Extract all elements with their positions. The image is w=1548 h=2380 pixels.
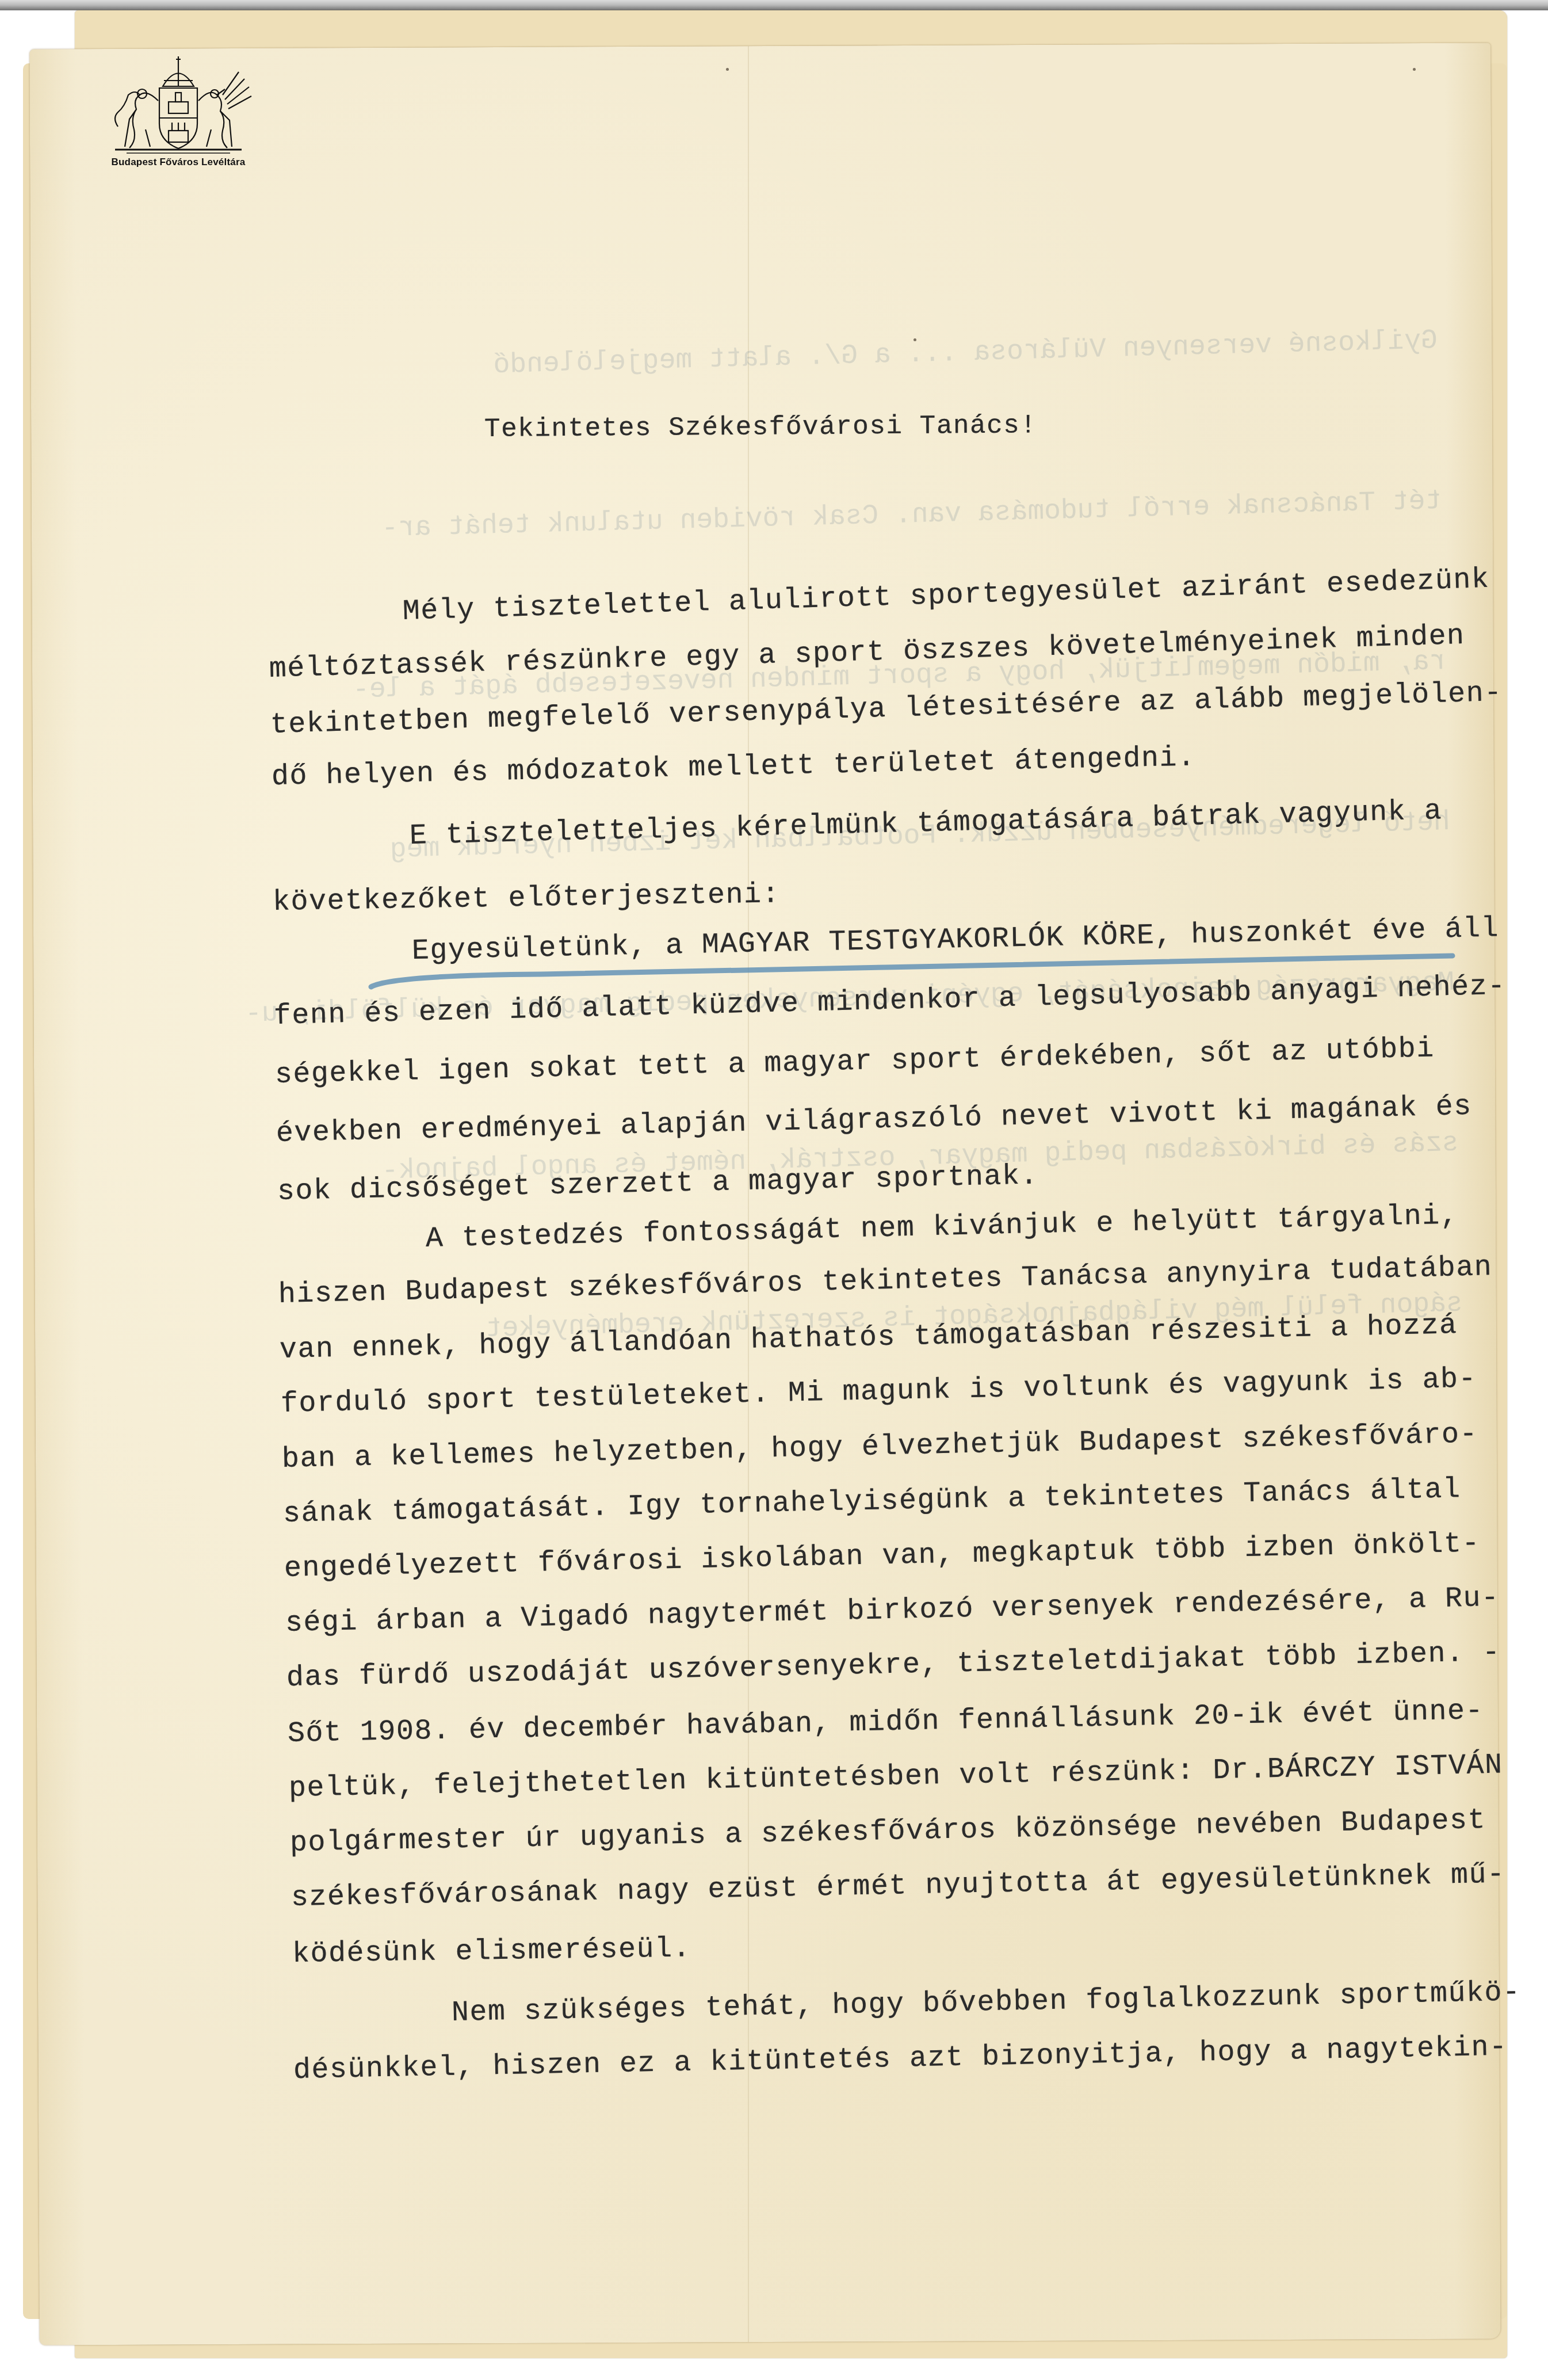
- letter-line: peltük, felejthetetlen kitüntetésben vol…: [288, 1749, 1503, 1805]
- letter-line: forduló sport testületeket. Mi magunk is…: [280, 1363, 1477, 1421]
- letter-line: polgármester úr ugyanis a székesfőváros …: [289, 1804, 1486, 1860]
- letter-line: van ennek, hogy állandóan hathatós támog…: [279, 1309, 1458, 1367]
- letter-line: következőket előterjeszteni:: [273, 878, 781, 919]
- letter-line: sának támogatását. Igy tornahelyiségünk …: [282, 1473, 1461, 1531]
- salutation: Tekintetes Székesfővárosi Tanács!: [484, 410, 1037, 444]
- letter-line: sok dicsőséget szerzett a magyar sportna…: [277, 1160, 1038, 1208]
- paper-speck: [913, 338, 916, 341]
- letter-line: ködésünk elismeréseül.: [292, 1932, 691, 1971]
- letter-line: székesfővárosának nagy ezüst érmét nyujt…: [291, 1858, 1505, 1914]
- letter-line: Nem szükséges tehát, hogy bővebben fogla…: [451, 1976, 1521, 2030]
- letter-line: A testedzés fontosságát nem kivánjuk e h…: [425, 1199, 1459, 1256]
- letter-line: tekintetben megfelelő versenypálya létes…: [270, 677, 1503, 742]
- letter-body: Tekintetes Székesfővárosi Tanács! Mély t…: [0, 0, 1548, 2380]
- letter-line: méltóztassék részünkre egy a sport öszsz…: [269, 620, 1465, 686]
- letter-line: években eredményei alapján világraszóló …: [276, 1090, 1472, 1150]
- letter-line: dő helyen és módozatok mellett területet…: [271, 741, 1196, 794]
- letter-line: engedélyezett fővárosi iskolában van, me…: [284, 1527, 1480, 1585]
- letter-line: E tiszteletteljes kérelmünk támogatására…: [409, 795, 1443, 853]
- letter-line: Mély tisztelettel alulirott sportegyesül…: [402, 563, 1490, 628]
- letter-line: ban a kellemes helyzetben, hogy élvezhet…: [281, 1418, 1478, 1476]
- letter-line: ségi árban a Vigadó nagytermét birkozó v…: [285, 1582, 1500, 1640]
- letter-line: ségekkel igen sokat tett a magyar sport …: [274, 1032, 1435, 1092]
- letter-line: Sőt 1908. év decembér havában, midőn fen…: [287, 1695, 1484, 1750]
- letter-line: désünkkel, hiszen ez a kitüntetés azt bi…: [293, 2031, 1508, 2087]
- paper-speck: [726, 68, 729, 71]
- paper-speck: [1413, 68, 1416, 71]
- letter-line: hiszen Budapest székesfőváros tekintetes…: [278, 1251, 1493, 1311]
- letter-line: das fürdő uszodáját uszóversenyekre, tis…: [286, 1637, 1501, 1695]
- pen-underline: [368, 952, 1455, 993]
